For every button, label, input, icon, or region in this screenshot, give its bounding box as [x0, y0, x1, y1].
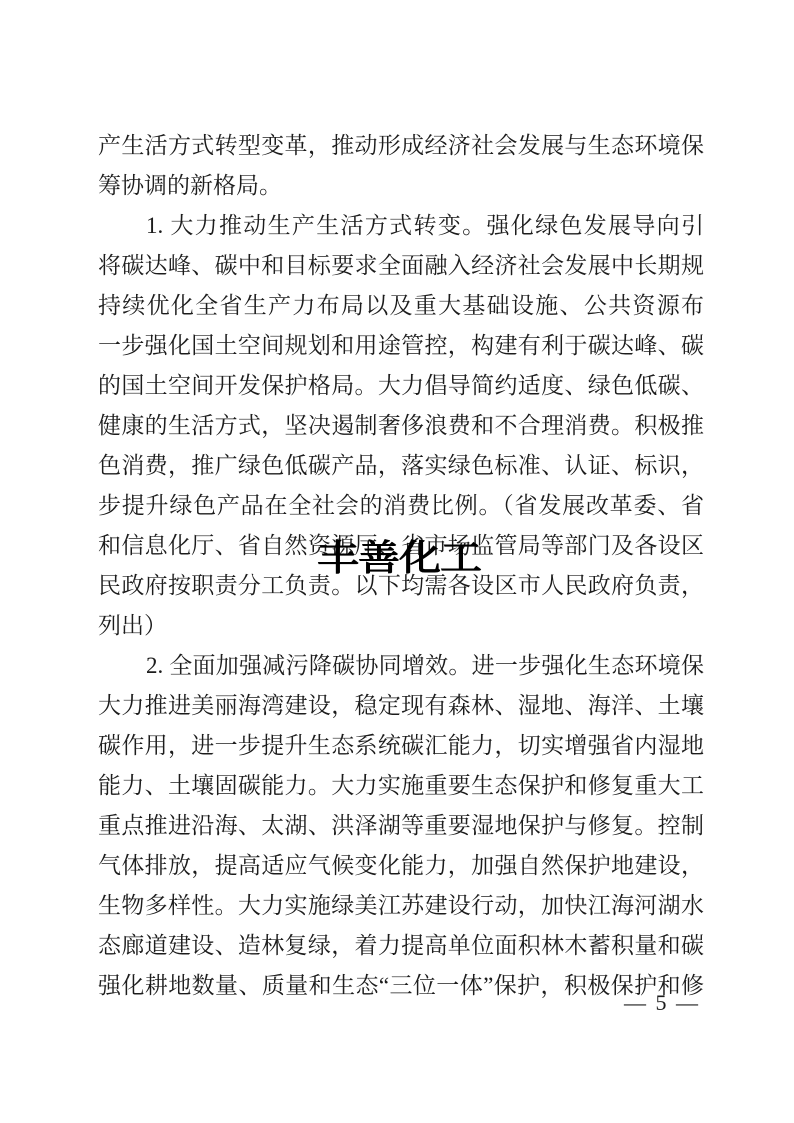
text-line: 2. 全面加强减污降碳协同增效。进一步强化生态环境保护，: [98, 646, 704, 686]
text-line: 一步强化国土空间规划和用途管控，构建有利于碳达峰、碳中和: [98, 326, 704, 366]
text-line: 态廊道建设、造林复绿，着力提高单位面积林木蓄积量和碳储量。: [98, 926, 704, 966]
text-line: 色消费，推广绿色低碳产品，落实绿色标准、认证、标识，进一: [98, 446, 704, 486]
text-line: 生物多样性。大力实施绿美江苏建设行动，加快江海河湖水系生: [98, 886, 704, 926]
document-page: 产生活方式转型变革，推动形成经济社会发展与生态环境保护统筹协调的新格局。1. 大…: [0, 0, 794, 1123]
text-line: 步提升绿色产品在全社会的消费比例。（省发展改革委、省工业: [98, 486, 704, 526]
text-line: 气体排放，提高适应气候变化能力，加强自然保护地建设，保护: [98, 846, 704, 886]
text-line: 筹协调的新格局。: [98, 166, 704, 206]
text-line: 能力、土壤固碳能力。大力实施重要生态保护和修复重大工程，: [98, 766, 704, 806]
text-line: 将碳达峰、碳中和目标要求全面融入经济社会发展中长期规划，: [98, 246, 704, 286]
page-number: — 5 —: [0, 990, 700, 1016]
text-line: 大力推进美丽海湾建设，稳定现有森林、湿地、海洋、土壤等固: [98, 686, 704, 726]
watermark-text: 丰善化工: [317, 540, 481, 576]
text-line: 持续优化全省生产力布局以及重大基础设施、公共资源布局。进: [98, 286, 704, 326]
text-line: 重点推进沿海、太湖、洪泽湖等重要湿地保护与修复。控制温室: [98, 806, 704, 846]
text-line: 列出）: [98, 606, 704, 646]
text-line: 1. 大力推动生产生活方式转变。强化绿色发展导向引领，: [98, 206, 704, 246]
text-line: 产生活方式转型变革，推动形成经济社会发展与生态环境保护统: [98, 126, 704, 166]
text-line: 的国土空间开发保护格局。大力倡导简约适度、绿色低碳、文明: [98, 366, 704, 406]
text-line: 碳作用，进一步提升生态系统碳汇能力，切实增强省内湿地储碳: [98, 726, 704, 766]
text-line: 健康的生活方式，坚决遏制奢侈浪费和不合理消费。积极推动绿: [98, 406, 704, 446]
